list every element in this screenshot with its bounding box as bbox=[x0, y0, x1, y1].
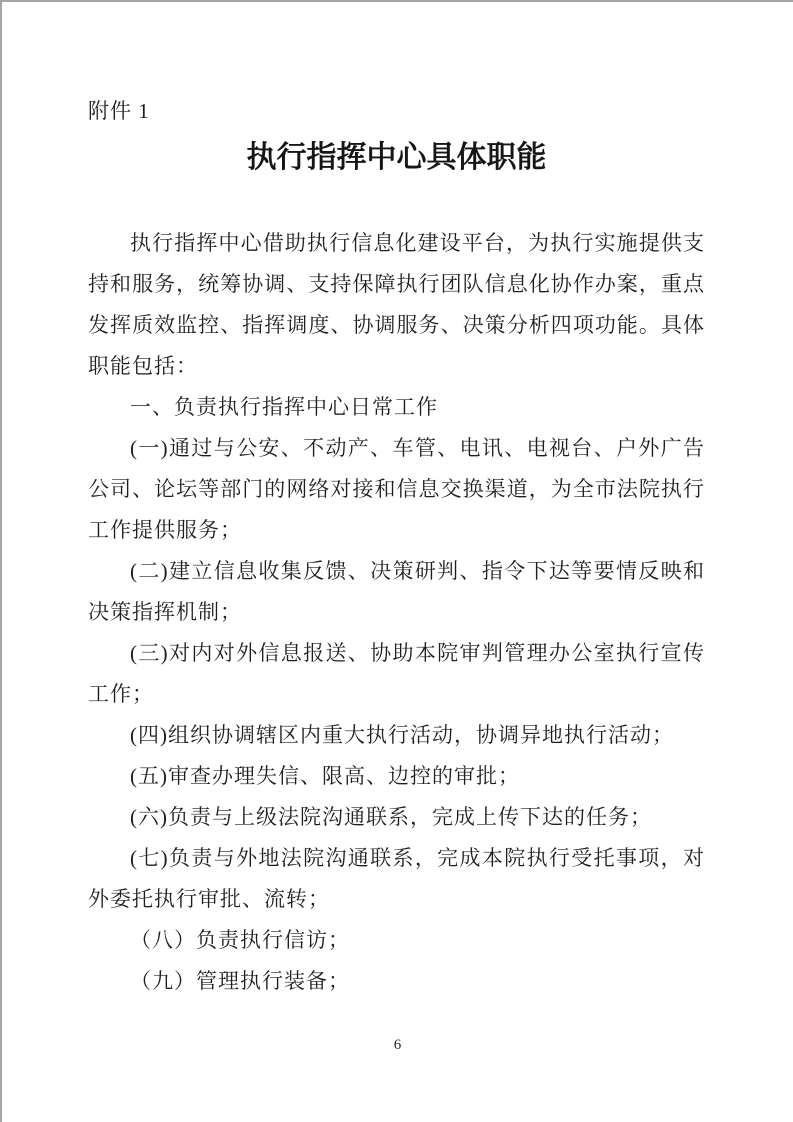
section-heading-1: 一、负责执行指挥中心日常工作 bbox=[88, 387, 705, 428]
body-paragraph-item-8: （八）负责执行信访； bbox=[88, 920, 705, 961]
document-content: 附件 1 执行指挥中心具体职能 执行指挥中心借助执行信息化建设平台，为执行实施提… bbox=[2, 2, 793, 1002]
body-paragraph-item-4: (四)组织协调辖区内重大执行活动，协调异地执行活动； bbox=[88, 715, 705, 756]
document-body: 执行指挥中心借助执行信息化建设平台，为执行实施提供支持和服务，统筹协调、支持保障… bbox=[88, 223, 705, 1002]
body-paragraph-item-6: (六)负责与上级法院沟通联系，完成上传下达的任务； bbox=[88, 797, 705, 838]
document-page: 附件 1 执行指挥中心具体职能 执行指挥中心借助执行信息化建设平台，为执行实施提… bbox=[0, 0, 793, 1122]
attachment-label: 附件 1 bbox=[88, 98, 705, 124]
body-paragraph-item-3: (三)对内对外信息报送、协助本院审判管理办公室执行宣传工作； bbox=[88, 633, 705, 715]
page-number: 6 bbox=[394, 1037, 402, 1053]
document-title: 执行指挥中心具体职能 bbox=[88, 138, 705, 178]
page-footer: 6 bbox=[2, 1036, 793, 1054]
body-paragraph-item-1: (一)通过与公安、不动产、车管、电讯、电视台、户外广告公司、论坛等部门的网络对接… bbox=[88, 428, 705, 551]
body-paragraph-item-7: (七)负责与外地法院沟通联系，完成本院执行受托事项，对外委托执行审批、流转； bbox=[88, 838, 705, 920]
body-paragraph-item-2: (二)建立信息收集反馈、决策研判、指令下达等要情反映和决策指挥机制； bbox=[88, 551, 705, 633]
body-paragraph-intro: 执行指挥中心借助执行信息化建设平台，为执行实施提供支持和服务，统筹协调、支持保障… bbox=[88, 223, 705, 387]
body-paragraph-item-9: （九）管理执行装备； bbox=[88, 961, 705, 1002]
body-paragraph-item-5: (五)审查办理失信、限高、边控的审批； bbox=[88, 756, 705, 797]
